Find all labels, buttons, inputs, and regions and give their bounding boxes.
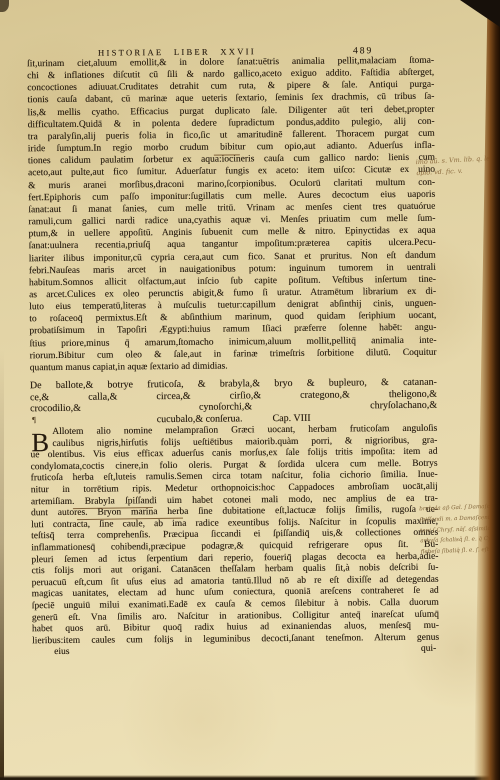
- chapter-heading: De ballote,& botrye fruticoſa, & brabyla…: [30, 377, 437, 427]
- text-line: quantum manus capiat,in aquæ ſextario ad…: [30, 359, 437, 375]
- chapter-number: Cap. VIII: [272, 413, 310, 425]
- paragraph-absinthium: ſit,urinam ciet,aluum emollit,& in dolor…: [27, 55, 437, 375]
- scanned-book-page: HISTORIAE LIBER XXVII 489 ſit,urinam cie…: [0, 0, 500, 780]
- page-left-edge-shadow: [0, 350, 4, 780]
- chapter-heading-text: cucubalo,& conſerua.: [157, 414, 243, 426]
- paragraph-ballote: Allotem alio nomine melampraſion Græci u…: [30, 424, 439, 659]
- catchword: eius qui-: [32, 644, 439, 659]
- margin-paragraph-mark: ¶: [32, 415, 36, 424]
- page-bottom-edge-shadow: [0, 775, 500, 780]
- ink-underline-opio: [214, 154, 240, 155]
- printed-text-block: HISTORIAE LIBER XXVII 489 ſit,urinam cie…: [26, 0, 439, 700]
